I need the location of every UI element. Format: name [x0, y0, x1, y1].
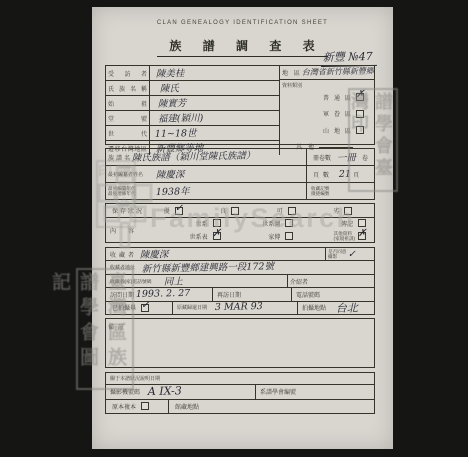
field-label-line2: 微捲編號	[311, 191, 329, 196]
checkbox: ✗	[358, 232, 366, 240]
handwritten-value: 陳慶深	[156, 166, 185, 181]
processing-table: 關于本譜狀況說明日期 攝影機號碼 A IX-3 系譜學會編號 原本複本 館藏地點	[105, 372, 375, 414]
field-label: 電話號碼	[292, 290, 322, 299]
seal-stamp-left-mid: 譜學會印	[96, 160, 136, 228]
consent-cell: 是否同意 攝影 ✓	[325, 248, 374, 260]
document-paper: CLAN GENEALOGY IDENTIFICATION SHEET 族 譜 …	[92, 7, 393, 449]
handwritten-value: 台灣省新竹縣新豐鄉	[302, 65, 374, 78]
checkbox: ✓	[141, 304, 149, 312]
clan-info-table: 受訪者 陳美桂 氏族名稱 陳氏 始祖 陳實芳 堂號 福建(穎川)	[105, 65, 375, 145]
seal-stamp-right: 譜學會臺灣印	[348, 88, 398, 192]
handwritten-value: 1938年	[156, 183, 190, 198]
handwritten-value: 1993. 2. 27	[136, 288, 191, 300]
field-label: 冊卷數	[311, 153, 333, 162]
handwritten-value: 陳實芳	[150, 95, 187, 110]
seal-stamp-left-bottom: 臺灣區族譜學會圖記	[76, 268, 134, 390]
handwritten-value: 同上	[153, 271, 287, 288]
status-date-row: 關于本譜狀況說明日期	[106, 373, 374, 385]
table-row: 始祖 陳實芳	[106, 96, 279, 111]
table-row: 世代 11~18世	[106, 126, 279, 141]
form-title-english: CLAN GENEALOGY IDENTIFICATION SHEET	[92, 20, 393, 26]
handwritten-value: 11~18世	[150, 125, 197, 140]
handwritten-value: A IX-3	[148, 385, 182, 399]
table-row: 氏族名稱 陳氏	[106, 81, 279, 96]
revisit-date-cell: 再訪日期	[212, 288, 291, 300]
form-title-text: 族 譜 調 查 表	[157, 37, 327, 57]
field-label: 堂號	[106, 111, 150, 125]
check-mark: ✓	[141, 300, 149, 311]
checkbox	[141, 402, 149, 410]
region-row: 地區 台灣省新竹縣新豐鄉	[280, 66, 374, 80]
phone-row: 收藏者(家)電話號碼 同上 介紹者	[106, 275, 374, 288]
field-label: 館藏地點	[169, 402, 201, 411]
camera-row: 攝影機號碼 A IX-3 系譜學會編號	[106, 385, 374, 400]
check-mark: ✓	[348, 249, 356, 260]
introducer-cell: 介紹者	[287, 275, 374, 287]
field-label: 原藏歸還日期	[173, 304, 209, 311]
handwritten-value: 陳氏族譜（穎川堂陳氏族譜）	[132, 147, 256, 164]
phone-number-cell: 電話號碼	[291, 288, 374, 300]
return-date-cell: 原藏歸還日期 3 MAR 93	[172, 302, 297, 314]
field-label: 氏族名稱	[106, 81, 150, 95]
check-mark: ✗	[358, 228, 366, 239]
field-label: 是否同意 攝影	[328, 249, 346, 259]
remarks-box: 備註	[105, 318, 375, 368]
handwritten-value: 福建(穎川)	[150, 110, 204, 125]
field-label: 受訪者	[106, 66, 150, 80]
microfilm-frame: CLAN GENEALOGY IDENTIFICATION SHEET 族 譜 …	[0, 0, 468, 457]
table-row: 族譜名 陳氏族譜（穎川堂陳氏族譜）	[106, 149, 306, 166]
table-row: 堂號 福建(穎川)	[106, 111, 279, 126]
field-label: 拍攝地點	[298, 303, 328, 312]
remarks-row: 備註	[106, 319, 374, 367]
field-label: 再訪日期	[213, 290, 243, 299]
checkbox	[358, 219, 366, 227]
original-copy-row: 原本複本 館藏地點	[106, 400, 374, 414]
table-row: 受訪者 陳美桂	[106, 66, 279, 81]
handwritten-value: 3 MAR 93	[215, 301, 263, 313]
original-cell: 原本複本	[106, 400, 169, 414]
field-label: 系譜學會編號	[256, 387, 298, 396]
field-label: 始祖	[106, 96, 150, 110]
familysearch-watermark: FamilySearch	[150, 203, 356, 234]
field-label: 介紹者	[288, 277, 310, 286]
field-label: 原本複本	[110, 402, 138, 411]
field-label: 地區	[280, 68, 302, 77]
handwritten-value: 台北	[336, 299, 358, 315]
film-place-cell: 拍攝地點 台北	[297, 302, 374, 314]
field-label: 頁數	[311, 170, 331, 179]
field-label: 世代	[106, 126, 150, 140]
society-number-cell: 系譜學會編號	[255, 385, 374, 399]
keeper-filming-table: 收藏者 陳慶深 是否同意 攝影 ✓ 收藏者地址 新竹縣新豐鄉建興路一段172號 …	[105, 247, 375, 315]
handwritten-value: 陳美桂	[150, 65, 185, 80]
return-row: 已拍攝畢 ✓ 原藏歸還日期 3 MAR 93 拍攝地點 台北	[106, 302, 374, 314]
handwritten-value: 陳氏	[150, 80, 179, 95]
